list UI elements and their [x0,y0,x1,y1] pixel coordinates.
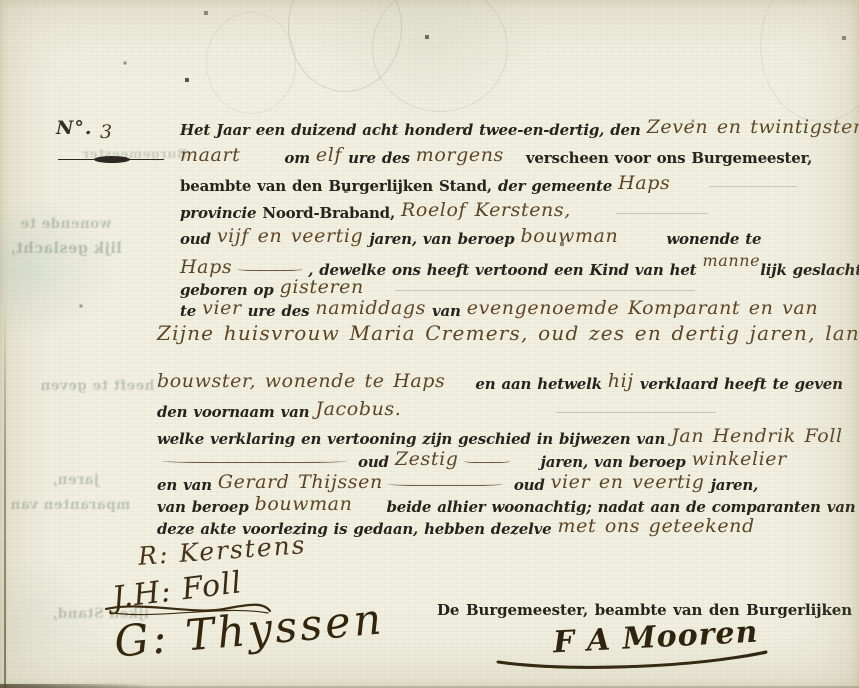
rule-line [162,459,347,463]
closing-line: De Burgemeester, beambte van den Burgerl… [437,601,859,619]
printed-text: en van [157,476,218,494]
printed-text: te [180,302,202,320]
document-line: te vier ure des namiddags van evengenoem… [180,299,818,321]
spacer [401,416,551,417]
printed-text: Het Jaar een duizend acht honderd twee-e… [180,121,647,139]
printed-text: der gemeente [498,177,618,195]
rule-line [556,409,716,413]
handwritten-text: Jan Hendrik Foll [671,425,842,447]
printed-text: welke verklaring en vertooning zijn gesc… [157,430,671,448]
document-line: oud Zestigjaren, van beroep winkelier [157,450,787,472]
handwritten-text: vier [202,297,242,319]
rule-line [237,267,303,271]
document-line: oud vijf en veertig jaren, van beroep bo… [180,227,761,249]
document-line: van beroep bouwmanbeide alhier woonachti… [157,495,855,517]
spacer [618,243,666,244]
printed-text: beide alhier woonachtig; nadat aan de co… [386,498,855,516]
handwritten-text: bouwman [255,493,353,515]
rule-line [709,183,797,187]
document-line: den voornaam van Jacobus. [157,400,721,422]
printed-text: oud [352,453,395,471]
printed-text: verscheen voor ons Burgemeester, [526,149,812,167]
spacer [515,466,541,467]
rule-line [388,482,503,486]
handwritten-text: elf [316,144,342,166]
document-line: beambte van den Burgerlijken Stand, der … [180,174,802,196]
printed-text: wonende te [666,230,761,248]
handwritten-text: Zestig [395,448,459,470]
handwritten-text: morgens [416,144,504,166]
handwritten-text: Zijne huisvrouw Maria Cremers, oud zes e… [157,321,859,345]
printed-text: ure des [342,149,416,167]
document-line: Het Jaar een duizend acht honderd twee-e… [180,118,859,140]
rule-line [616,210,708,214]
printed-text: oud [180,230,217,248]
document-line: en van Gerard Thijssen oud vier en veert… [157,473,758,495]
handwritten-text: manne [702,251,760,270]
printed-text: Noord-Braband, [262,204,401,222]
handwritten-text: Haps [180,256,232,278]
handwritten-text: bouwster, wonende te Haps [157,370,445,392]
printed-text: jaren, [705,476,759,494]
document-line: maartom elf ure des morgensverscheen voo… [180,146,812,168]
handwritten-text: winkelier [692,448,787,470]
spacer [670,190,704,191]
paper-crease [4,300,6,688]
spacer [364,294,390,295]
handwritten-text: Gerard Thijssen [218,471,383,493]
handwritten-text: Haps [618,172,670,194]
document-line: provincie Noord-Braband, Roelof Kerstens… [180,201,713,223]
handwritten-text: met ons geteekend [557,515,754,537]
document-page: wonende te lijk geslacht, heeft te geven… [0,0,859,688]
printed-text: jaren, van beroep [363,230,520,248]
handwritten-text: evengenoemde Komparant en van [467,297,818,319]
printed-text: van beroep [157,498,255,516]
handwritten-text: bouwman [520,225,618,247]
printed-text: en aan hetwelk [475,375,607,393]
spacer [240,162,284,163]
spacer [445,388,475,389]
handwritten-text: vijf en veertig [217,225,363,247]
handwritten-text: namiddags [315,297,426,319]
spacer [352,511,386,512]
printed-text: lijk geslacht, [760,261,859,279]
document-line: welke verklaring en vertooning zijn gesc… [157,427,843,449]
spacer [504,162,526,163]
document-line: Zijne huisvrouw Maria Cremers, oud zes e… [157,323,859,347]
rule-line [464,459,510,463]
printed-text: den voornaam van [157,403,315,421]
handwritten-text: maart [180,144,240,166]
handwritten-text: gisteren [280,276,364,298]
printed-text: beambte van den Burgerlijken Stand, [180,177,498,195]
printed-text: om [284,149,316,167]
handwritten-text: hij [608,370,634,392]
spacer [571,217,611,218]
handwritten-text: Jacobus. [315,398,401,420]
foxing-specks [0,0,2,2]
printed-text: verklaard heeft te geven [634,375,843,393]
printed-text: ure des [242,302,316,320]
document-line: bouwster, wonende te Hapsen aan hetwelk … [157,372,843,394]
printed-text: , dewelke ons heeft vertoond een Kind va… [308,261,702,279]
printed-text: van [426,302,467,320]
printed-text: oud [508,476,551,494]
handwritten-text: Roelof Kerstens, [401,199,571,221]
handwritten-text: vier en veertig [551,471,705,493]
handwritten-text: Zeven en twintigsten [647,116,859,138]
printed-text: provincie [180,204,262,222]
printed-text: jaren, van beroep [541,453,692,471]
rule-line [395,287,695,291]
